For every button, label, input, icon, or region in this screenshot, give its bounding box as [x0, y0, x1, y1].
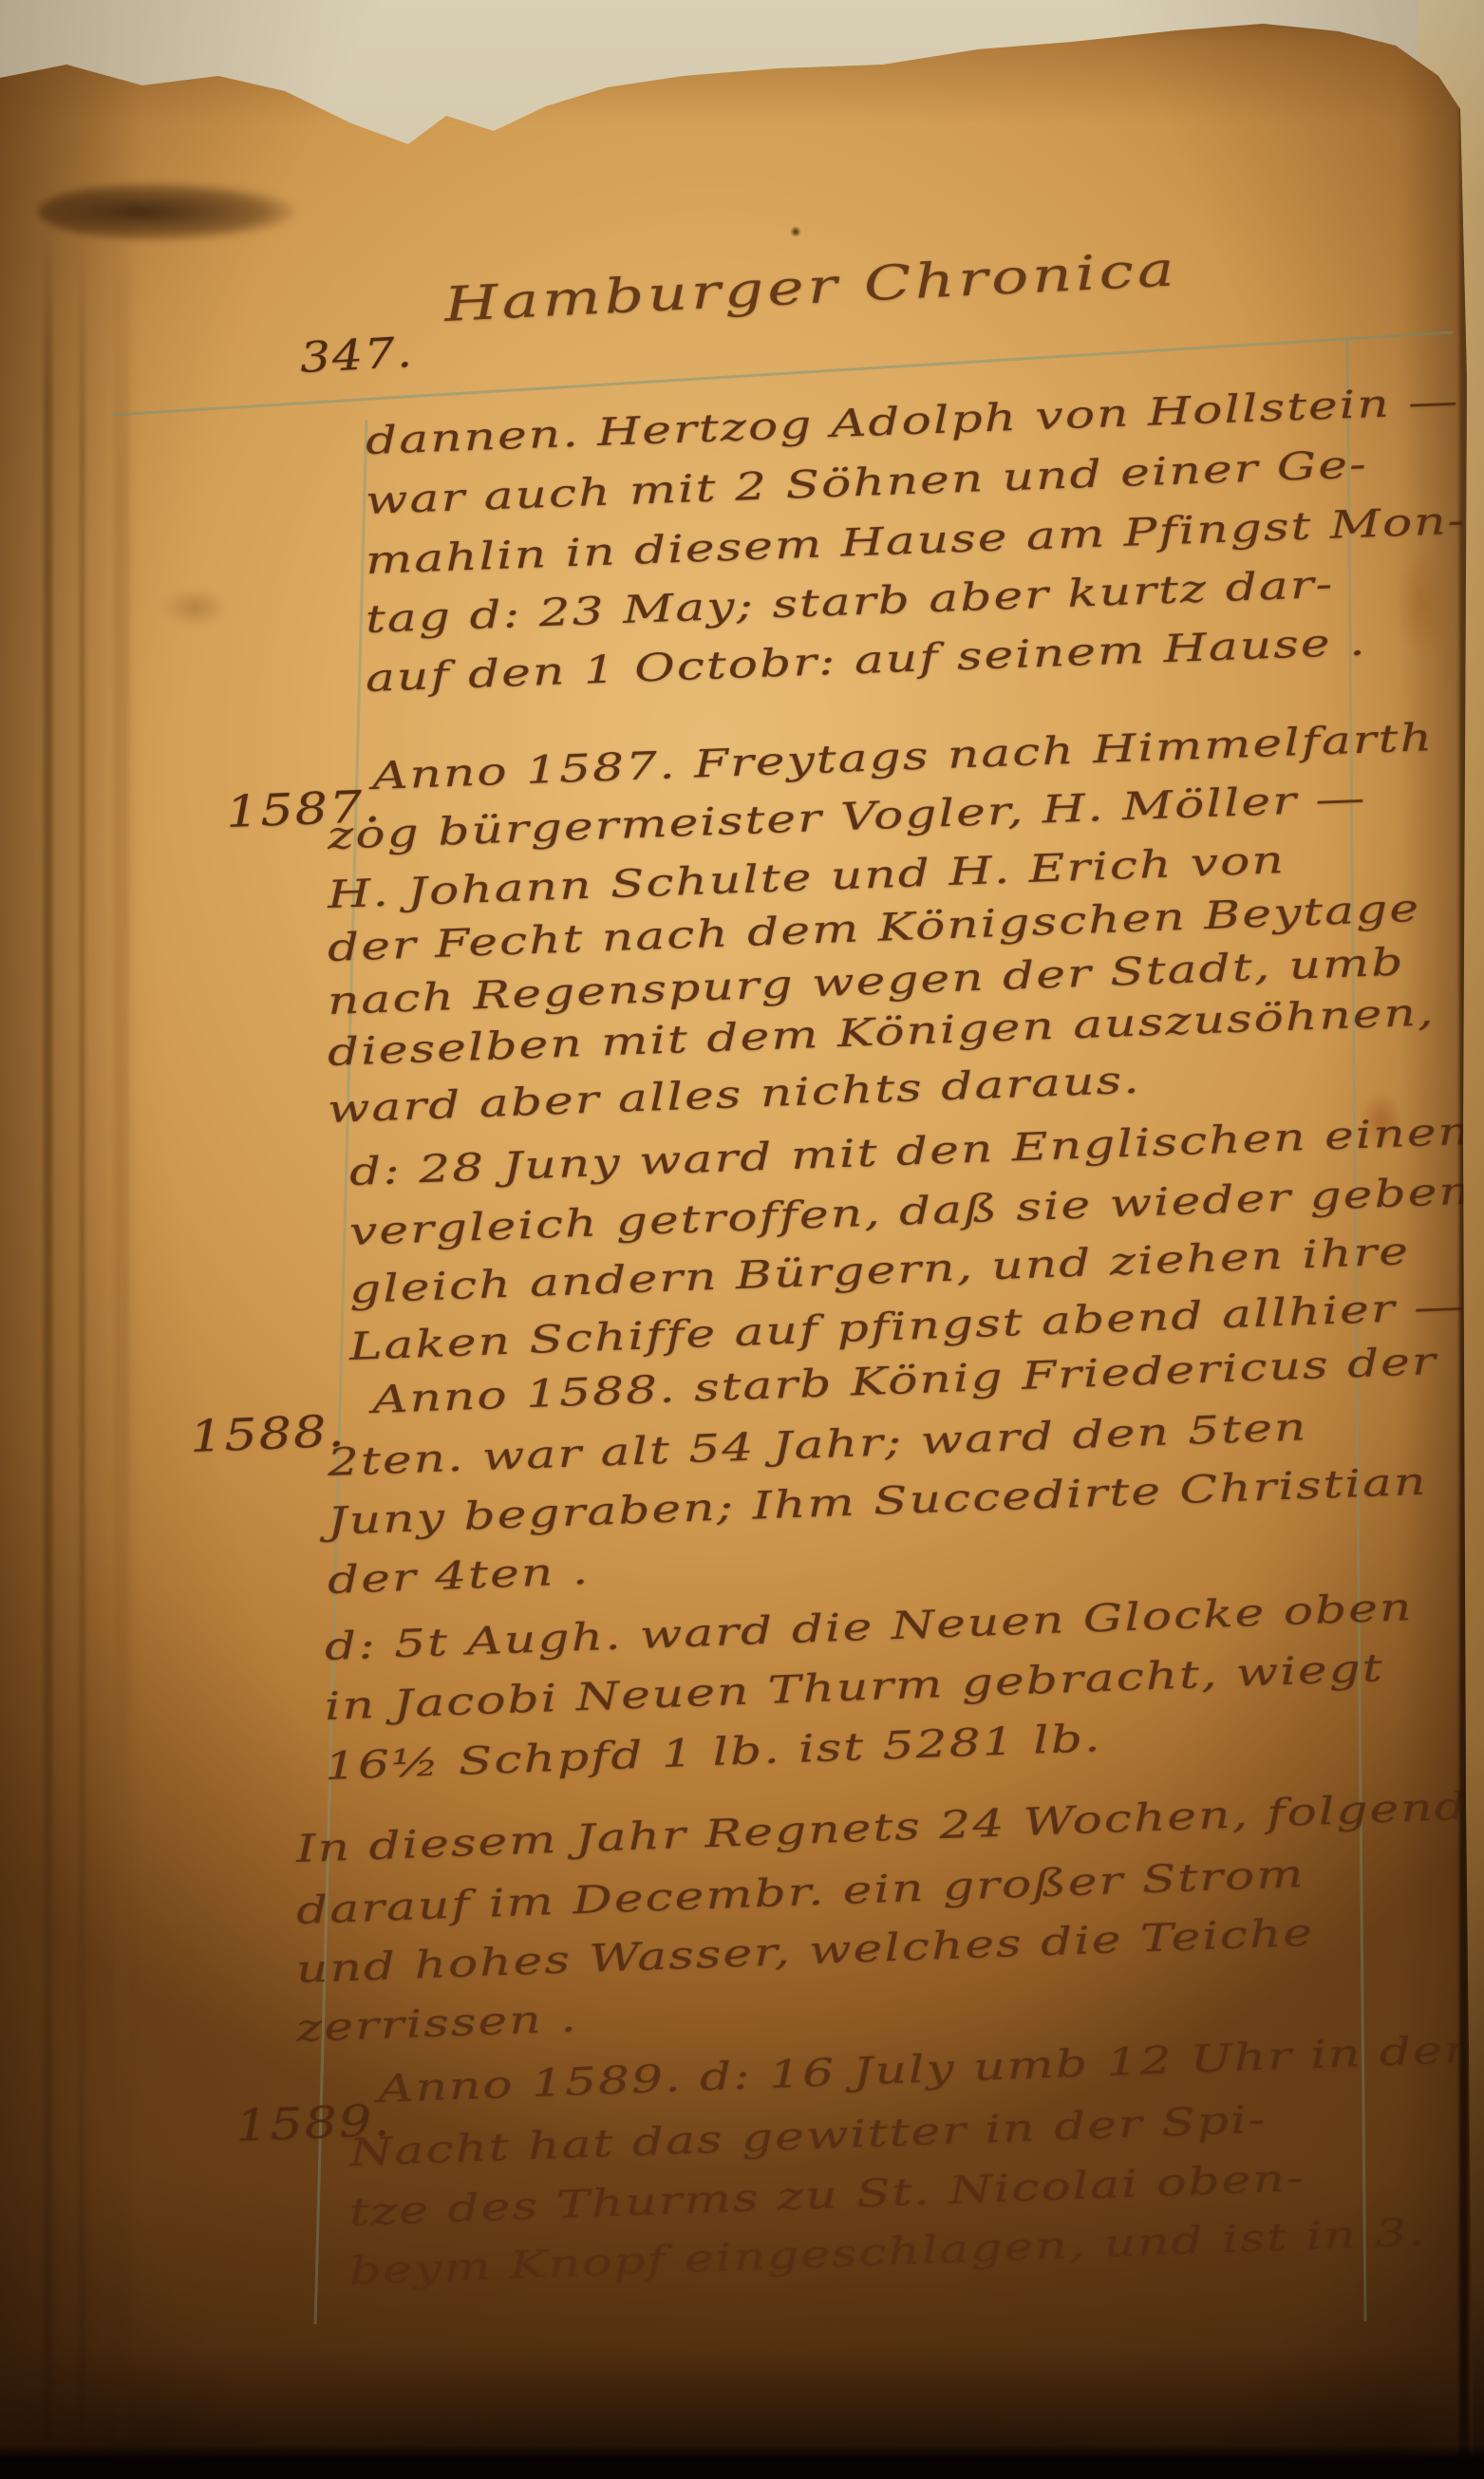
smudge-stain — [161, 589, 228, 627]
page-number: 347. — [299, 329, 415, 383]
binding-crease — [44, 223, 52, 2441]
manuscript-page: 347. Hamburger Chronica dannen. Hertzog … — [0, 0, 1484, 2479]
rust-stain — [1394, 551, 1451, 655]
binding-crease — [80, 223, 85, 2441]
table-shadow-strip — [0, 2458, 1484, 2479]
manuscript-line: der 4ten . — [327, 1549, 591, 1603]
manuscript-line: 16½ Schpfd 1 lb. ist 5281 lb. — [324, 1717, 1102, 1789]
chronicle-title: Hamburger Chronica — [443, 241, 1179, 332]
manuscript-photo: 347. Hamburger Chronica dannen. Hertzog … — [0, 0, 1484, 2479]
manuscript-line: zerrissen . — [295, 1997, 578, 2051]
margin-year: 1588. — [189, 1405, 347, 1462]
binding-crease — [114, 223, 129, 2441]
ink-spot — [790, 226, 801, 237]
manuscript-line: In diesem Jahr Regnets 24 Wochen, folgen… — [295, 1784, 1484, 1871]
torn-edge-shadow — [38, 182, 294, 241]
